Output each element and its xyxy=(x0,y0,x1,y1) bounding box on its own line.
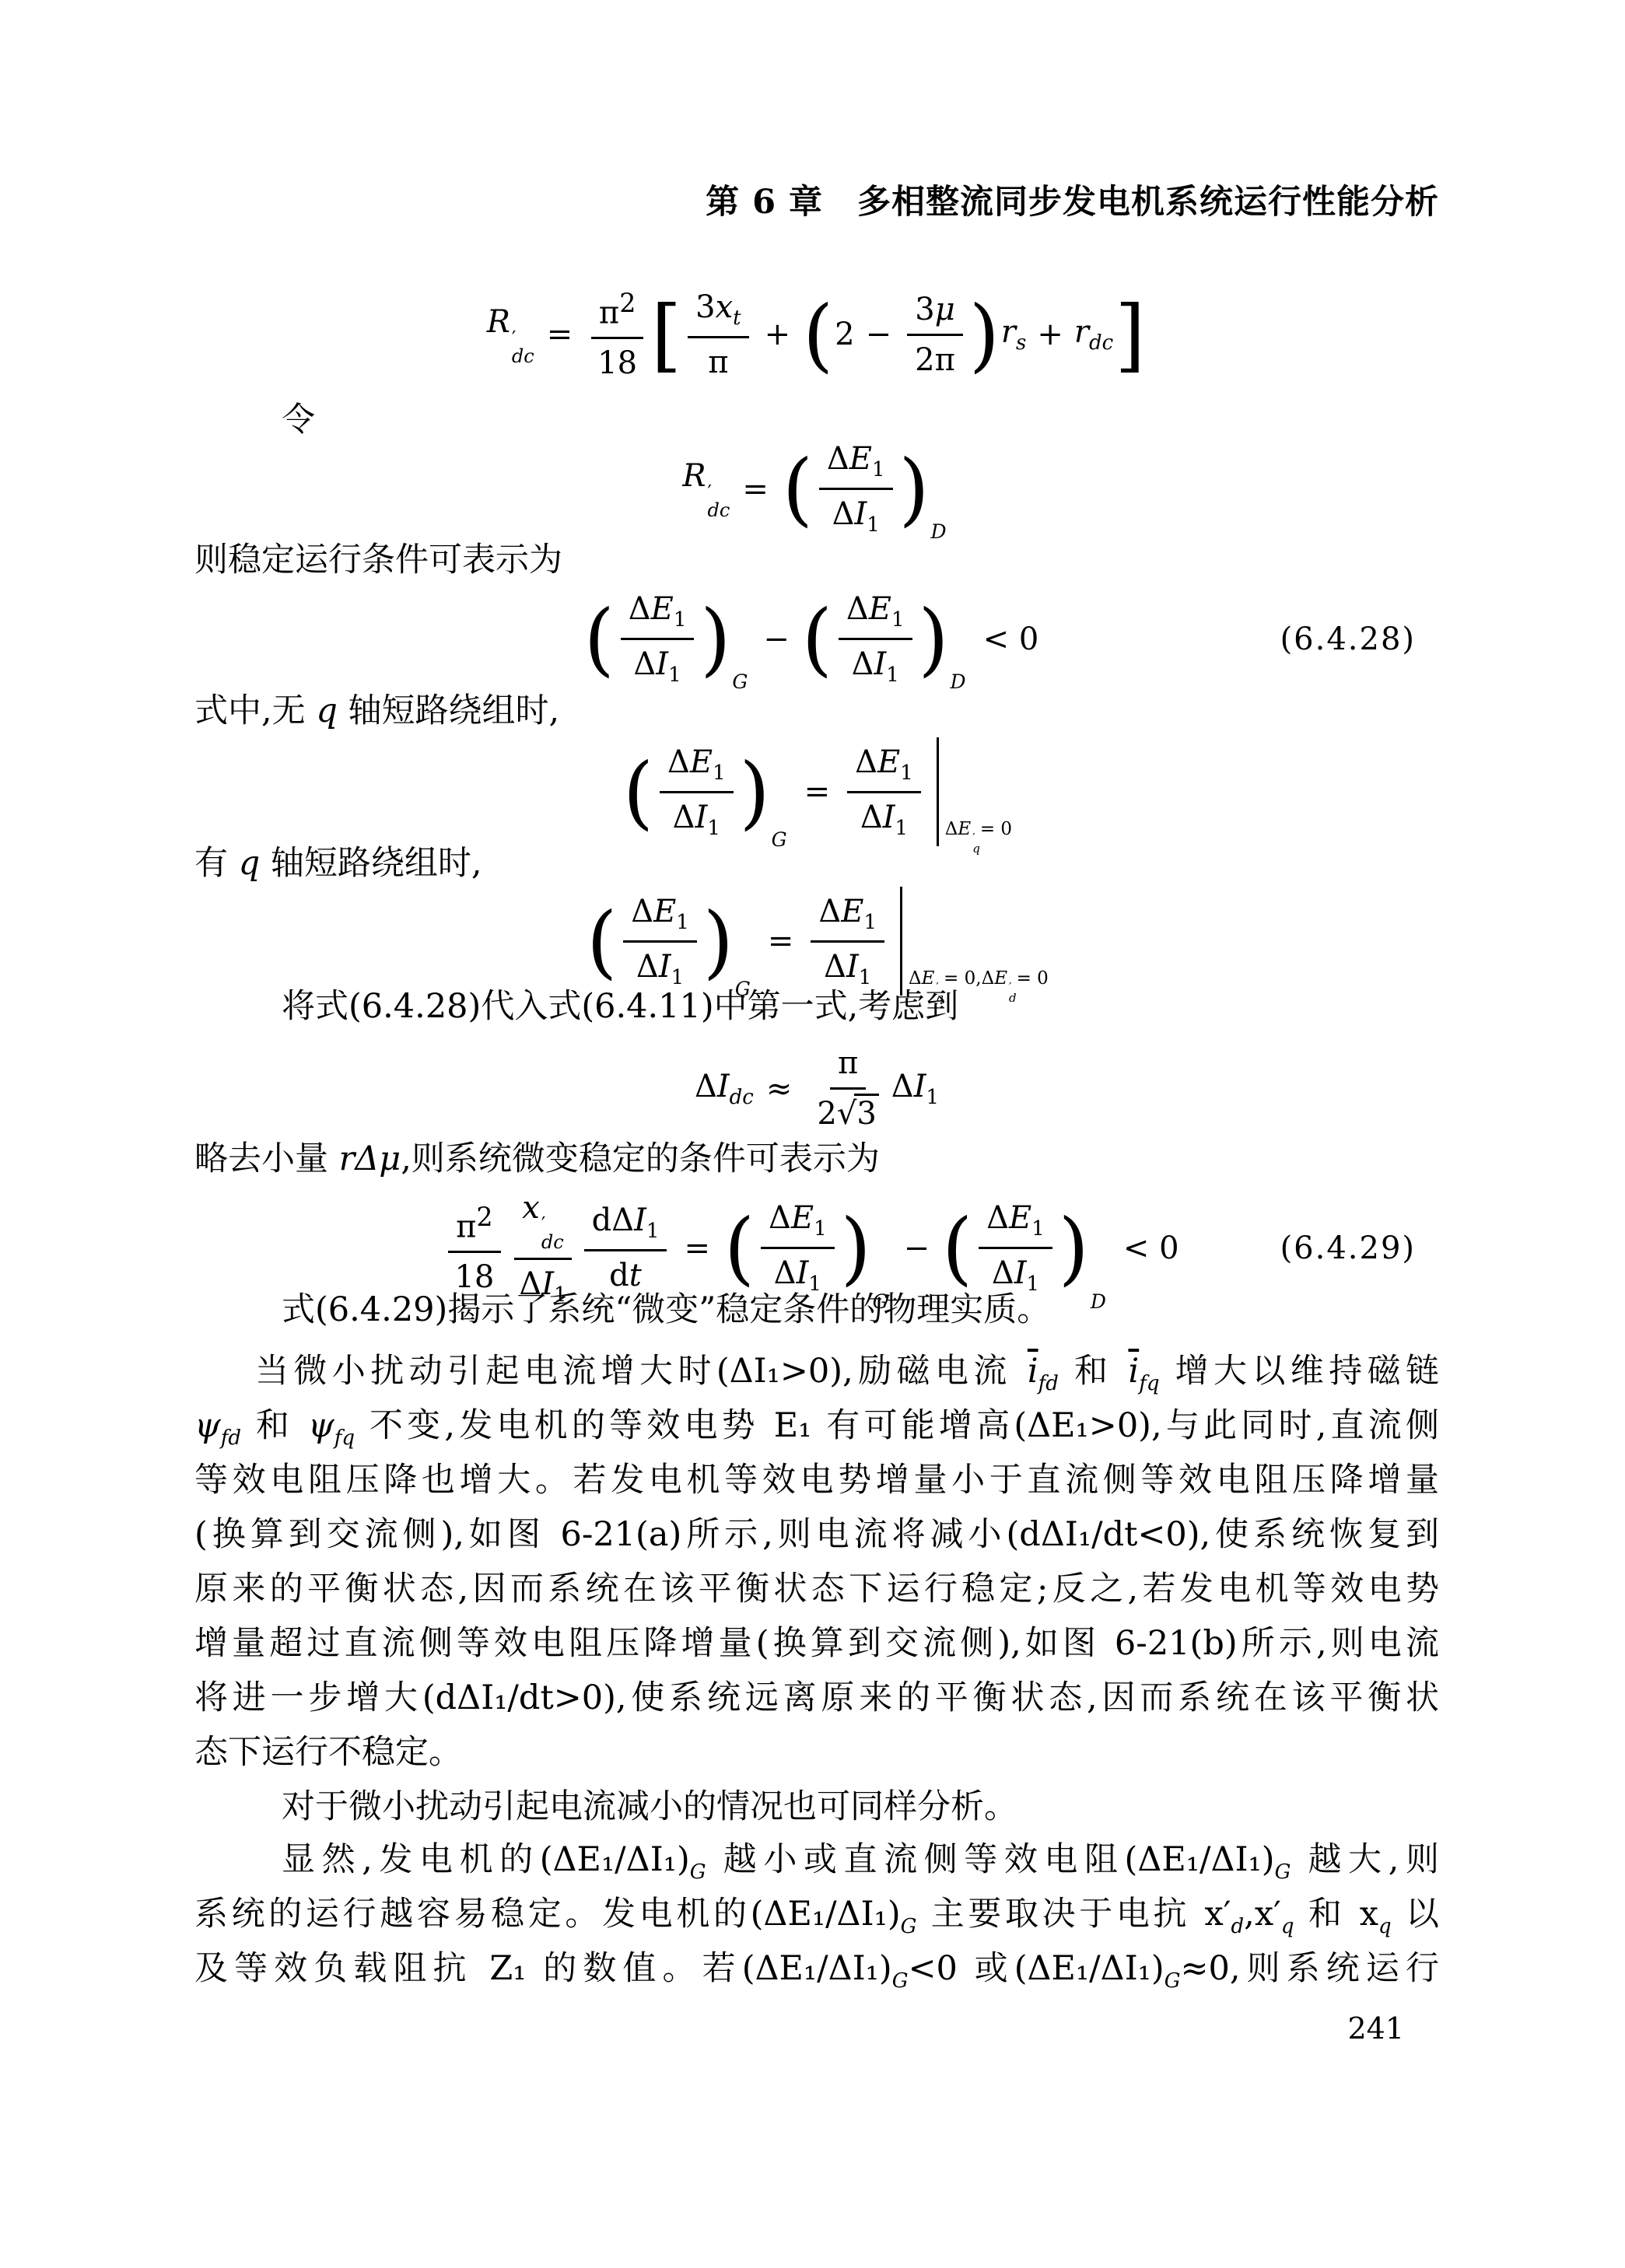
pi-symbol: π xyxy=(935,342,955,378)
plus-sign: + xyxy=(765,317,791,352)
sub-1: 1 xyxy=(707,817,720,840)
fraction-dE1-dI1: ΔE1ΔI1 xyxy=(979,1199,1052,1297)
numerator: ΔE1 xyxy=(660,743,734,793)
numerator: π2 xyxy=(591,286,644,339)
E-symbol: E xyxy=(653,894,676,929)
less-than-zero: < 0 xyxy=(1123,1230,1179,1266)
text-segment: 增量超过直流侧等效电阻压降增量(换算到交流侧),如图 6-21(b)所示,则电流 xyxy=(194,1624,1439,1663)
right-paren: ) xyxy=(969,301,1000,369)
text-segment: 则稳定运行条件可表示为 xyxy=(194,541,562,579)
approx-sign: ≈ xyxy=(766,1071,793,1107)
rs-term: rs xyxy=(1001,314,1026,355)
fraction-dE1-dI1: ΔE1ΔI1 xyxy=(623,892,697,991)
fraction-dE1-dI1: ΔE1ΔI1 xyxy=(839,590,912,688)
fraction-pi2-18: π218 xyxy=(590,286,645,383)
equation-number-6-4-28: (6.4.28) xyxy=(1280,621,1416,657)
denominator: ΔI1 xyxy=(853,793,916,842)
numerator: ΔE1 xyxy=(621,590,695,640)
left-paren: ( xyxy=(587,908,617,975)
left-paren: ( xyxy=(783,455,813,523)
left-paren: ( xyxy=(623,758,653,826)
sub-t: t xyxy=(733,306,741,330)
q-symbol: q xyxy=(239,844,261,883)
left-paren: ( xyxy=(942,1214,972,1282)
page-number-text: 241 xyxy=(1347,2011,1404,2046)
differential-d: d xyxy=(592,1202,612,1238)
digit-2: 2 xyxy=(915,342,934,378)
E-symbol: E xyxy=(651,591,674,627)
fraction-dE1-dI1: ΔE1ΔI1 xyxy=(761,1199,835,1297)
I-symbol: I xyxy=(656,646,668,682)
paragraph1-line4: (换算到交流侧),如图 6-21(a)所示,则电流将减小(dΔI₁/dt<0),… xyxy=(194,1513,1439,1556)
numerator: ΔE1 xyxy=(623,892,697,943)
sub-1: 1 xyxy=(814,1217,827,1241)
text-segment: 以 xyxy=(1392,1895,1439,1934)
equals-sign: = xyxy=(684,1230,710,1266)
text-segment: 令 xyxy=(282,401,315,439)
paragraph1-line5: 原来的平衡状态,因而系统在该平衡状态下运行稳定;反之,若发电机等效电势 xyxy=(194,1567,1439,1611)
plus-sign: + xyxy=(1037,317,1063,352)
right-paren: ) xyxy=(1059,1214,1089,1282)
sup-2: 2 xyxy=(476,1202,492,1232)
text-segment: 系统的运行越容易稳定。发电机的(ΔE₁/ΔI₁) xyxy=(194,1895,901,1934)
equals-sign: = xyxy=(804,774,831,810)
equals-zero: = 0 xyxy=(980,819,1012,839)
E-symbol: E xyxy=(841,894,863,929)
right-paren: ) xyxy=(703,908,734,975)
paragraph3-line3: 及等效负载阻抗 Z₁ 的数值。若(ΔE₁/ΔI₁)G<0 或(ΔE₁/ΔI₁)G… xyxy=(194,1947,1439,2003)
left-paren: ( xyxy=(803,301,833,369)
equation-body: ( ΔE1ΔI1 ) G = ΔE1ΔI1 ΔE′q= 0 xyxy=(622,737,1012,846)
denominator: ΔI1 xyxy=(625,640,688,688)
paragraph1-line6: 增量超过直流侧等效电阻压降增量(换算到交流侧),如图 6-21(b)所示,则电流 xyxy=(194,1622,1439,1665)
E-symbol: E xyxy=(1009,1200,1031,1236)
line-reveals: 式(6.4.29)揭示了系统“微变”稳定条件的物理实质。 xyxy=(194,1288,1526,1332)
text-segment: 越大,则 xyxy=(1291,1840,1439,1879)
right-paren: ) xyxy=(740,758,770,826)
delta-symbol: Δ xyxy=(891,1069,914,1104)
dIdc-term: ΔIdc xyxy=(695,1069,754,1109)
denominator: ΔI1 xyxy=(629,943,692,991)
fraction-dE1-dI1: ΔE1ΔI1 xyxy=(621,590,695,688)
equation-g-definition-no-q: ( ΔE1ΔI1 ) G = ΔE1ΔI1 ΔE′q= 0 xyxy=(194,737,1439,846)
E-symbol: E xyxy=(869,591,891,627)
I-symbol: I xyxy=(854,496,867,532)
text-segment: 将进一步增大(dΔI₁/dt>0),使系统远离原来的平衡状态,因而系统在该平衡状 xyxy=(194,1678,1439,1717)
ifq-bar-symbol: i xyxy=(1128,1352,1139,1391)
equation-body: ΔIdc ≈ π2√3 ΔI1 xyxy=(695,1044,939,1133)
numerator: x′dc xyxy=(514,1188,571,1260)
sub-1: 1 xyxy=(891,608,905,632)
page-header: 第 6 章 多相整流同步发电机系统运行性能分析 xyxy=(194,176,1439,223)
book-page: 第 6 章 多相整流同步发电机系统运行性能分析 R′dc = π218 [ 3x… xyxy=(0,0,1625,2268)
sub-1: 1 xyxy=(867,513,880,537)
sub-1: 1 xyxy=(713,761,726,785)
line-ling: 令 xyxy=(194,398,1526,442)
E-symbol: E xyxy=(791,1200,814,1236)
text-segment: 式中,无 xyxy=(194,691,316,730)
numerator: ΔE1 xyxy=(811,892,884,943)
fraction-pi-2sqrt3: π2√3 xyxy=(809,1044,886,1133)
right-paren: ) xyxy=(700,605,730,673)
delta-symbol: Δ xyxy=(673,800,695,835)
equation-rdc-definition: R′dc = ( ΔE1ΔI1 ) D xyxy=(194,439,1439,538)
minus-sign: − xyxy=(904,1230,930,1266)
I-symbol: I xyxy=(634,1202,646,1238)
right-paren: ) xyxy=(841,1214,871,1282)
text-segment: 轴短路绕组时, xyxy=(260,844,482,883)
q-symbol: q xyxy=(316,691,338,730)
sub-dc: dc xyxy=(708,502,730,520)
text-segment: <0 或(ΔE₁/ΔI₁) xyxy=(908,1949,1164,1988)
delta-symbol: Δ xyxy=(846,591,869,627)
prime-sub-stack: ′dc xyxy=(708,484,730,520)
E-symbol: E xyxy=(877,744,900,780)
sub-G: G xyxy=(892,1969,909,1993)
I-symbol: I xyxy=(717,1069,730,1104)
text-segment: 对于微小扰动引起电流减小的情况也可同样分析。 xyxy=(282,1787,1017,1826)
equation-body: R′dc = π218 [ 3xtπ + ( 2 − 3μ2π ) rs + r… xyxy=(487,286,1147,383)
line-stable-condition: 则稳定运行条件可表示为 xyxy=(194,538,1439,582)
fraction-dE1-dI1: ΔE1ΔI1 xyxy=(811,892,884,991)
chapter-header-text: 第 6 章 多相整流同步发电机系统运行性能分析 xyxy=(706,183,1439,222)
sub-dc: dc xyxy=(541,1234,564,1251)
dI1-term: ΔI1 xyxy=(891,1069,939,1109)
text-segment: 有 xyxy=(194,844,239,883)
delta-symbol: Δ xyxy=(769,1200,791,1236)
I-symbol: I xyxy=(659,949,671,985)
text-segment: 等效电阻压降也增大。若发电机等效电势增量小于直流侧等效电阻压降增量 xyxy=(194,1461,1439,1500)
equation-dIdc-approx: ΔIdc ≈ π2√3 ΔI1 xyxy=(194,1044,1439,1133)
numerator: dΔI1 xyxy=(584,1201,667,1251)
sub-1: 1 xyxy=(1031,1217,1045,1241)
equation-6-4-28: ( ΔE1ΔI1 ) G − ( ΔE1ΔI1 ) D < 0 (6.4.28) xyxy=(194,590,1439,688)
equation-body: ( ΔE1ΔI1 ) G = ΔE1ΔI1 ΔE′q= 0,ΔE′d= 0 xyxy=(585,887,1049,996)
E-symbol: E xyxy=(958,819,971,839)
numerator: π2 xyxy=(448,1200,501,1253)
sub-1: 1 xyxy=(900,761,913,785)
x-symbol: x xyxy=(716,289,734,325)
right-paren: ) xyxy=(919,605,949,673)
paragraph2-line1: 对于微小扰动引起电流减小的情况也可同样分析。 xyxy=(194,1785,1526,1829)
delta-symbol: Δ xyxy=(827,441,849,477)
digit-3: 3 xyxy=(915,292,934,327)
I-symbol: I xyxy=(797,1255,809,1291)
sub-q: q xyxy=(1281,1915,1294,1938)
text-segment: 越小或直流侧等效电阻(ΔE₁/ΔI₁) xyxy=(706,1840,1275,1879)
numerator: ΔE1 xyxy=(839,590,912,640)
text-segment: 显然,发电机的(ΔE₁/ΔI₁) xyxy=(282,1840,690,1879)
evaluation-bar xyxy=(900,887,902,996)
sub-G: G xyxy=(901,1915,917,1938)
delta-symbol: Δ xyxy=(832,496,855,532)
sub-G: G xyxy=(1275,1860,1291,1884)
delta-symbol: Δ xyxy=(631,894,653,929)
numerator: 3xt xyxy=(688,288,748,338)
delta-symbol: Δ xyxy=(774,1255,797,1291)
denominator: 18 xyxy=(590,339,645,383)
paragraph3-line1: 显然,发电机的(ΔE₁/ΔI₁)G 越小或直流侧等效电阻(ΔE₁/ΔI₁)G 越… xyxy=(194,1838,1439,1894)
numerator: ΔE1 xyxy=(819,439,893,490)
sub-s: s xyxy=(1016,331,1026,355)
sub-dc: dc xyxy=(512,348,534,366)
sub-1: 1 xyxy=(863,911,877,934)
delta-symbol: Δ xyxy=(611,1202,634,1238)
fraction-dE1-dI1: ΔE1ΔI1 xyxy=(819,439,893,538)
equation-rdc-expression: R′dc = π218 [ 3xtπ + ( 2 − 3μ2π ) rs + r… xyxy=(194,286,1439,383)
denominator: π xyxy=(700,338,736,382)
sub-1: 1 xyxy=(668,663,681,687)
numerator: ΔE1 xyxy=(979,1199,1052,1249)
sub-fq: fq xyxy=(334,1426,355,1450)
right-bracket: ] xyxy=(1115,301,1145,369)
psi-symbol: ψ xyxy=(194,1406,221,1445)
paragraph1-line7: 将进一步增大(dΔI₁/dt>0),使系统远离原来的平衡状态,因而系统在该平衡状 xyxy=(194,1676,1439,1720)
denominator: ΔI1 xyxy=(825,490,888,538)
paragraph1-line8: 态下运行不稳定。 xyxy=(194,1731,1439,1774)
sub-1: 1 xyxy=(886,663,899,687)
I-symbol: I xyxy=(914,1069,926,1104)
numerator: ΔE1 xyxy=(847,743,921,793)
E-symbol: E xyxy=(690,744,713,780)
equation-number-6-4-29: (6.4.29) xyxy=(1280,1230,1416,1266)
pi-symbol: π xyxy=(456,1209,476,1244)
r-symbol: r xyxy=(1001,314,1016,350)
evaluation-bar xyxy=(937,737,939,846)
numerator: ΔE1 xyxy=(761,1199,835,1249)
numerator: π xyxy=(830,1044,866,1090)
delta-symbol: Δ xyxy=(695,1069,717,1104)
sub-fd: fd xyxy=(221,1426,241,1450)
minus-sign: − xyxy=(763,621,790,657)
text-segment: 态下运行不稳定。 xyxy=(194,1733,462,1772)
equals-sign: = xyxy=(768,923,794,959)
line-with-q-winding: 有 q 轴短路绕组时, xyxy=(194,842,1439,885)
text-segment: 原来的平衡状态,因而系统在该平衡状态下运行稳定;反之,若发电机等效电势 xyxy=(194,1570,1439,1608)
fraction-dDI1-dt: dΔI1dt xyxy=(584,1201,667,1295)
digit-2: 2 xyxy=(835,317,854,352)
line-neglect-small: 略去小量 rΔμ,则系统微变稳定的条件可表示为 xyxy=(194,1137,1439,1181)
line-substitute: 将式(6.4.28)代入式(6.4.11)中第一式,考虑到 xyxy=(194,985,1526,1028)
R-symbol: R xyxy=(487,304,510,340)
equation-g-definition-with-q: ( ΔE1ΔI1 ) G = ΔE1ΔI1 ΔE′q= 0,ΔE′d= 0 xyxy=(194,887,1439,996)
delta-symbol: Δ xyxy=(818,894,841,929)
rdc-term: rdc xyxy=(1074,314,1113,355)
sub-G: G xyxy=(690,1860,706,1884)
sub-1: 1 xyxy=(674,608,687,632)
text-segment: 主要取决于电抗 x′ xyxy=(916,1895,1231,1934)
text-segment: (换算到交流侧),如图 6-21(a)所示,则电流将减小(dΔI₁/dt<0),… xyxy=(194,1515,1439,1554)
left-paren: ( xyxy=(802,605,832,673)
R-symbol: R xyxy=(682,458,706,494)
sub-fq: fq xyxy=(1139,1372,1159,1395)
sup-2: 2 xyxy=(619,288,636,318)
ifd-bar-symbol: i xyxy=(1028,1352,1038,1391)
equation-body: R′dc = ( ΔE1ΔI1 ) D xyxy=(682,439,951,538)
sub-1: 1 xyxy=(872,458,885,481)
sub-1: 1 xyxy=(926,1086,940,1109)
paragraph1-line2: ψfd 和 ψfq 不变,发电机的等效电势 E₁ 有可能增高(ΔE₁>0),与此… xyxy=(194,1404,1439,1460)
text-segment: 将式(6.4.28)代入式(6.4.11)中第一式,考虑到 xyxy=(282,987,958,1026)
text-segment: 不变,发电机的等效电势 E₁ 有可能增高(ΔE₁>0),与此同时,直流侧 xyxy=(355,1406,1439,1445)
delta-symbol: Δ xyxy=(860,800,883,835)
text-segment: 和 xyxy=(241,1406,308,1445)
delta-symbol: Δ xyxy=(633,646,656,682)
text-segment: 式(6.4.29)揭示了系统“微变”稳定条件的物理实质。 xyxy=(282,1290,1050,1329)
text-segment: 及等效负载阻抗 Z₁ 的数值。若(ΔE₁/ΔI₁) xyxy=(194,1949,892,1988)
text-segment: 当微小扰动引起电流增大时(ΔI₁>0),励磁电流 xyxy=(255,1352,1028,1391)
x-symbol: x xyxy=(522,1190,540,1226)
I-symbol: I xyxy=(846,949,859,985)
sub-1: 1 xyxy=(676,911,689,934)
digit-3: 3 xyxy=(695,289,715,325)
denominator: 2π xyxy=(907,336,963,380)
less-than-zero: < 0 xyxy=(983,621,1039,657)
text-segment: ≈0,则系统运行 xyxy=(1180,1949,1439,1988)
line-without-q-winding: 式中,无 q 轴短路绕组时, xyxy=(194,689,1439,733)
denominator: ΔI1 xyxy=(665,793,728,842)
sub-G: G xyxy=(1164,1969,1181,1993)
text-segment: 和 xyxy=(1059,1352,1129,1391)
fraction-3mu-2pi: 3μ2π xyxy=(907,290,963,380)
fraction-pi2-18: π218 xyxy=(447,1200,502,1297)
delta-symbol: Δ xyxy=(636,949,659,985)
delta-symbol: Δ xyxy=(945,819,958,839)
E-symbol: E xyxy=(849,441,872,477)
r-delta-mu-symbol: rΔμ xyxy=(339,1139,401,1178)
paragraph3-line2: 系统的运行越容易稳定。发电机的(ΔE₁/ΔI₁)G 主要取决于电抗 x′d,x′… xyxy=(194,1892,1439,1948)
page-number: 241 xyxy=(194,2011,1439,2046)
numerator: 3μ xyxy=(907,290,962,336)
sub-d: d xyxy=(1231,1915,1245,1938)
I-symbol: I xyxy=(874,646,886,682)
denominator: ΔI1 xyxy=(816,943,879,991)
text-segment: 略去小量 xyxy=(194,1139,339,1178)
sub-dc: dc xyxy=(730,1086,754,1109)
equation-body: ( ΔE1ΔI1 ) G − ( ΔE1ΔI1 ) D < 0 xyxy=(583,590,1052,688)
delta-symbol: Δ xyxy=(629,591,651,627)
sub-1: 1 xyxy=(895,817,909,840)
left-bracket: [ xyxy=(651,301,681,369)
left-paren: ( xyxy=(724,1214,755,1282)
delta-symbol: Δ xyxy=(986,1200,1009,1236)
sub-dc: dc xyxy=(1089,331,1113,355)
I-symbol: I xyxy=(883,800,895,835)
paragraph1-line3: 等效电阻压降也增大。若发电机等效电势增量小于直流侧等效电阻压降增量 xyxy=(194,1458,1439,1502)
prime-sub-stack: ′dc xyxy=(541,1216,564,1251)
delta-symbol: Δ xyxy=(992,1255,1014,1291)
sub-q: q xyxy=(1378,1915,1392,1938)
text-segment: ,则系统微变稳定的条件可表示为 xyxy=(401,1139,880,1178)
I-symbol: I xyxy=(695,800,708,835)
radicand-3: 3 xyxy=(854,1094,878,1132)
left-paren: ( xyxy=(584,605,615,673)
psi-symbol: ψ xyxy=(308,1406,334,1445)
r-symbol: r xyxy=(1074,314,1089,350)
fraction-dE1-dI1: ΔE1ΔI1 xyxy=(847,743,921,842)
rdc-prime-symbol: R′dc xyxy=(487,304,534,366)
equals-sign: = xyxy=(547,317,573,352)
text-segment: 和 x xyxy=(1294,1895,1379,1934)
delta-symbol: Δ xyxy=(852,646,874,682)
equals-sign: = xyxy=(742,471,769,507)
pi-symbol: π xyxy=(599,295,619,331)
minus-sign: − xyxy=(866,317,892,352)
sub-fd: fd xyxy=(1038,1372,1059,1395)
delta-symbol: Δ xyxy=(824,949,846,985)
text-segment: ,x′ xyxy=(1244,1895,1281,1934)
sub-1: 1 xyxy=(646,1220,660,1243)
rdc-prime-symbol: R′dc xyxy=(682,458,730,520)
text-segment: 轴短路绕组时, xyxy=(338,691,559,730)
right-paren: ) xyxy=(899,455,930,523)
fraction-dE1-dI1: ΔE1ΔI1 xyxy=(660,743,734,842)
delta-symbol: Δ xyxy=(855,744,877,780)
fraction-3xt-pi: 3xtπ xyxy=(688,288,748,382)
mu-symbol: μ xyxy=(935,292,955,327)
delta-symbol: Δ xyxy=(667,744,690,780)
paragraph1-line1: 当微小扰动引起电流增大时(ΔI₁>0),励磁电流 ifd 和 ifq 增大以维持… xyxy=(194,1349,1439,1405)
denominator: 2√3 xyxy=(809,1090,886,1133)
digit-2: 2 xyxy=(817,1096,836,1132)
I-symbol: I xyxy=(1014,1255,1027,1291)
prime-sub-stack: ′dc xyxy=(512,330,534,366)
denominator: ΔI1 xyxy=(844,640,907,688)
text-segment: 增大以维持磁链 xyxy=(1160,1352,1440,1391)
